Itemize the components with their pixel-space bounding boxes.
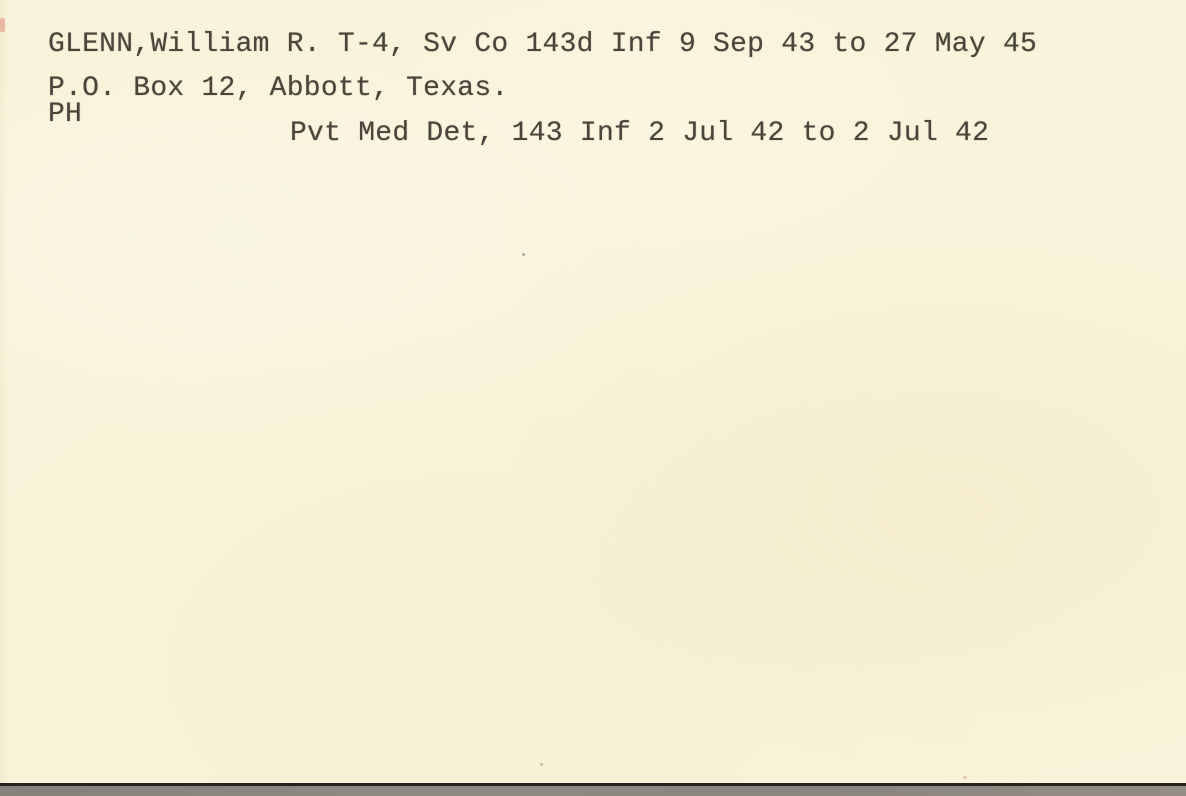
paper-speck xyxy=(540,763,543,766)
prior-service-line: Pvt Med Det, 143 Inf 2 Jul 42 to 2 Jul 4… xyxy=(290,120,989,148)
paper-speck xyxy=(963,776,967,779)
scanner-bottom-band xyxy=(0,786,1186,796)
scan-edge-mark xyxy=(0,18,5,32)
award-line: PH xyxy=(48,101,82,129)
scanned-index-card: GLENN,William R. T-4, Sv Co 143d Inf 9 S… xyxy=(0,0,1186,796)
address-line: P.O. Box 12, Abbott, Texas. xyxy=(48,75,508,103)
name-service-line: GLENN,William R. T-4, Sv Co 143d Inf 9 S… xyxy=(48,31,1037,59)
paper-speck xyxy=(522,253,525,256)
